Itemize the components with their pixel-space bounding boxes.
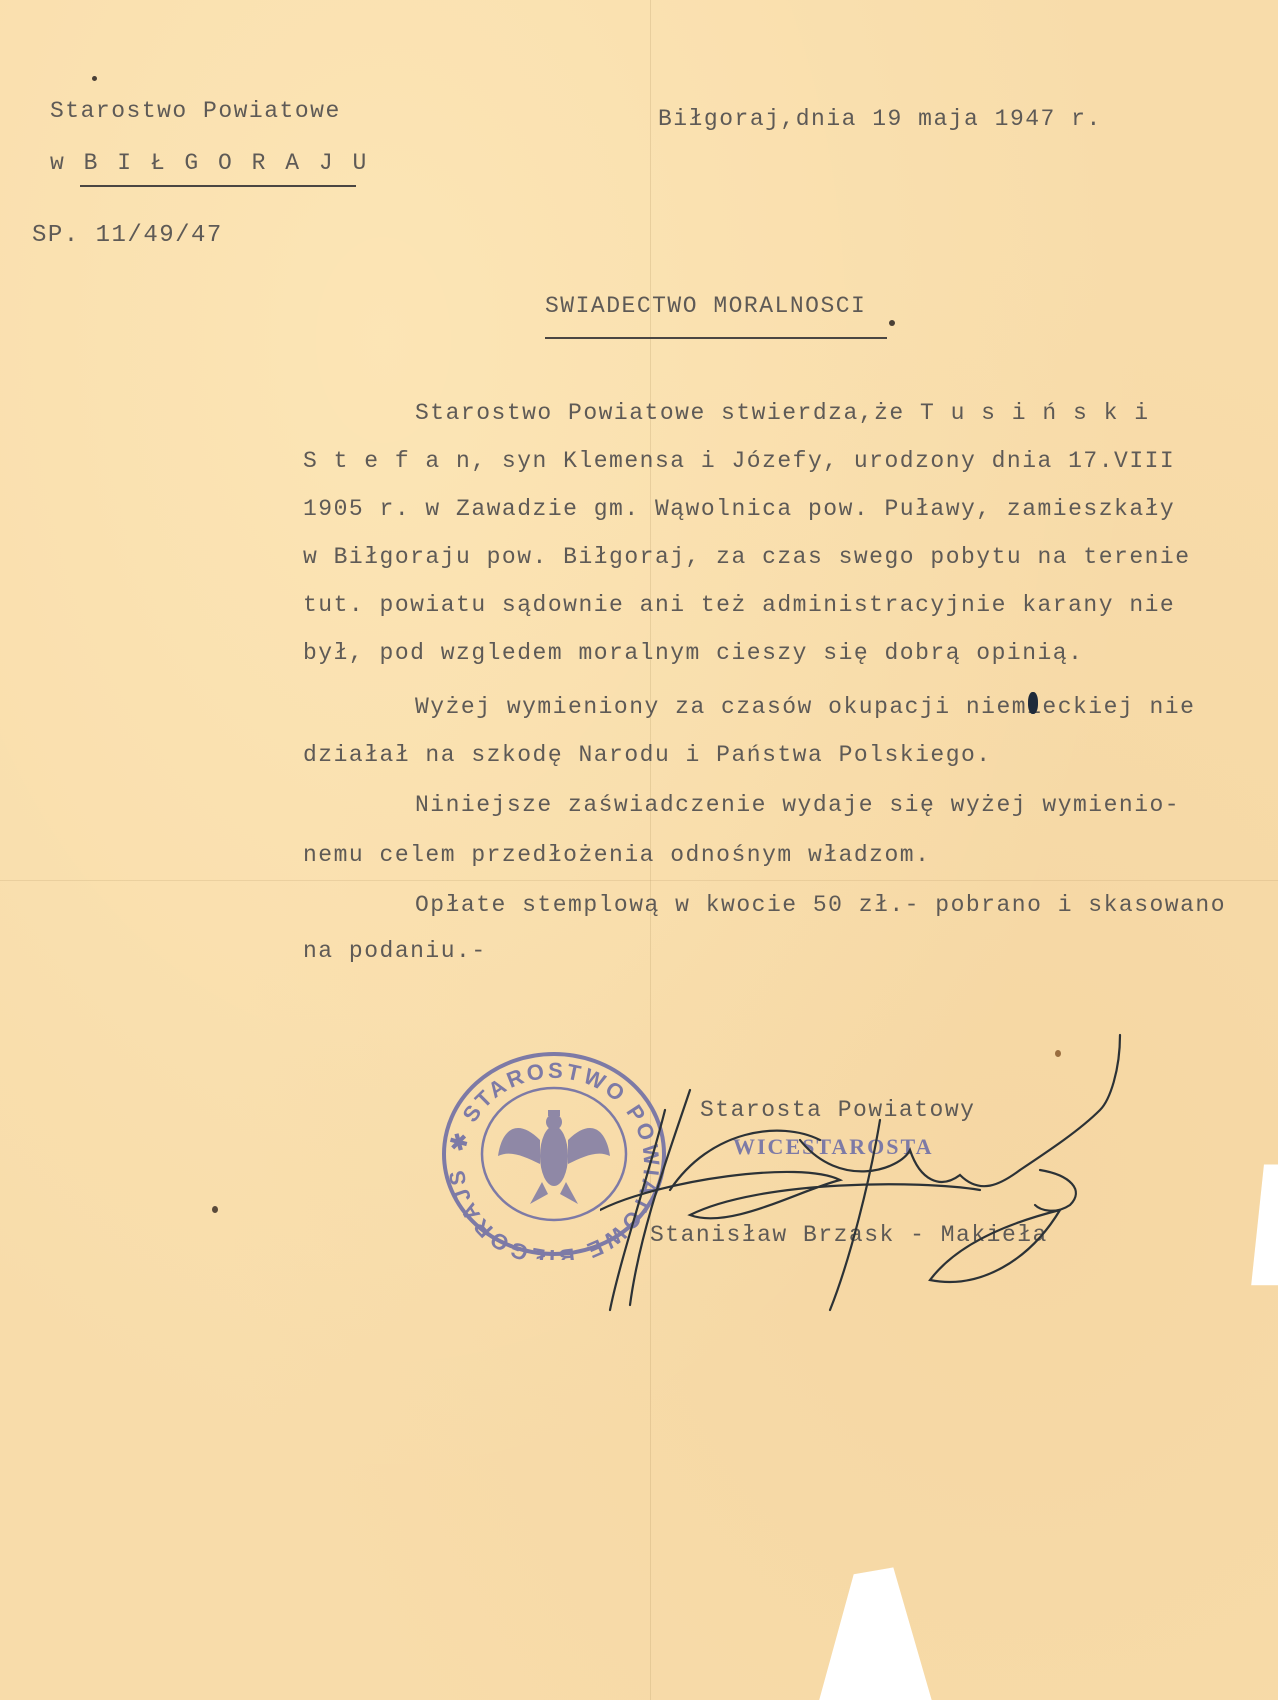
ink-spot [92, 76, 97, 81]
eagle-emblem-icon [498, 1110, 610, 1204]
body-line: działał na szkodę Narodu i Państwa Polsk… [303, 742, 992, 768]
ink-blot [1028, 692, 1038, 714]
body-line: Opłate stemplową w kwocie 50 zł.- pobran… [415, 892, 1226, 918]
body-line: na podaniu.- [303, 938, 487, 964]
office-underline [80, 185, 356, 187]
paper-sheet: Starostwo Powiatowe w B I Ł G O R A J U … [0, 0, 1278, 1700]
title-period [889, 320, 895, 326]
fold-line-horizontal [0, 880, 1278, 881]
document-title: SWIADECTWO MORALNOSCI [545, 293, 866, 319]
ink-spot [212, 1206, 218, 1213]
office-name: Starostwo Powiatowe [50, 98, 341, 124]
handwritten-signature [600, 1030, 1160, 1330]
office-location: w B I Ł G O R A J U [50, 150, 369, 176]
body-line: w Biłgoraju pow. Biłgoraj, za czas swego… [303, 544, 1191, 570]
body-line: był, pod wzgledem moralnym cieszy się do… [303, 640, 1083, 666]
title-underline [545, 337, 887, 339]
body-line: Starostwo Powiatowe stwierdza,że T u s i… [415, 400, 1150, 426]
body-line: Niniejsze zaświadczenie wydaje się wyżej… [415, 792, 1180, 818]
body-line: tut. powiatu sądownie ani też administra… [303, 592, 1175, 618]
place-date: Biłgoraj,dnia 19 maja 1947 r. [658, 106, 1102, 132]
body-line: S t e f a n, syn Klemensa i Józefy, urod… [303, 448, 1175, 474]
body-line: Wyżej wymieniony za czasów okupacji niem… [415, 694, 1195, 720]
body-line: 1905 r. w Zawadzie gm. Wąwolnica pow. Pu… [303, 496, 1175, 522]
reference-number: SP. 11/49/47 [32, 222, 223, 249]
body-line: nemu celem przedłożenia odnośnym władzom… [303, 842, 930, 868]
